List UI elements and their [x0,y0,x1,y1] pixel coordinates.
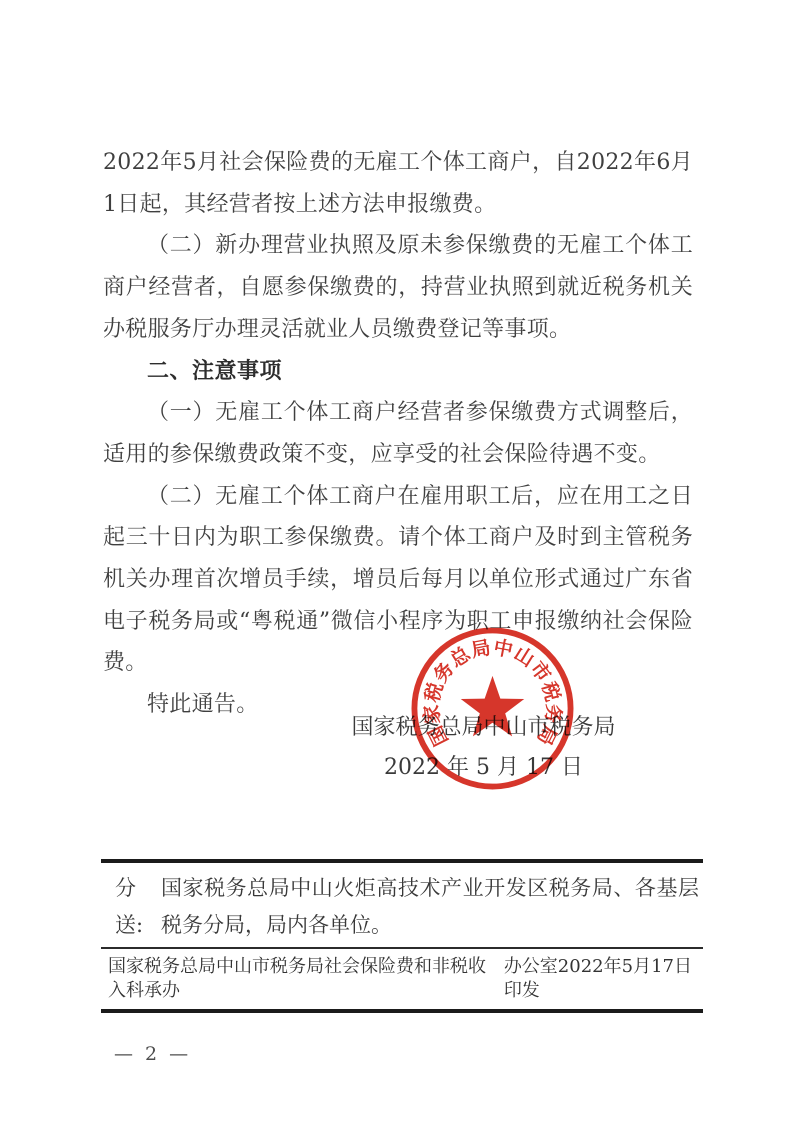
body-paragraph: 2022年5月社会保险费的无雇工个体工商户，自2022年6月1日起，其经营者按上… [103,142,693,225]
imprint-row: 国家税务总局中山市税务局社会保险费和非税收入科承办 办公室2022年5月17日印… [101,949,703,1009]
distribution-row: 分送: 国家税务总局中山火炬高技术产业开发区税务局、各基层税务分局，局内各单位。 [101,863,703,949]
document-footer-block: 分送: 国家税务总局中山火炬高技术产业开发区税务局、各基层税务分局，局内各单位。… [101,859,703,1013]
distribution-text: 国家税务总局中山火炬高技术产业开发区税务局、各基层税务分局，局内各单位。 [161,870,699,944]
body-paragraph: （二）新办理营业执照及原未参保缴费的无雇工个体工商户经营者，自愿参保缴费的，持营… [103,225,693,350]
signature-block: 国家税务总局中山市税务局 2022 年 5 月 17 日 [336,708,631,788]
section-heading: 二、注意事项 [103,351,693,393]
imprint-date: 办公室2022年5月17日印发 [504,955,701,1003]
document-page: 2022年5月社会保险费的无雇工个体工商户，自2022年6月1日起，其经营者按上… [0,0,793,1122]
distribution-label: 分送: [115,870,161,944]
document-body: 2022年5月社会保险费的无雇工个体工商户，自2022年6月1日起，其经营者按上… [103,142,693,726]
imprint-office: 国家税务总局中山市税务局社会保险费和非税收入科承办 [108,955,504,1003]
body-paragraph: （一）无雇工个体工商户经营者参保缴费方式调整后，适用的参保缴费政策不变，应享受的… [103,392,693,475]
page-number: — 2 — [114,1043,191,1065]
signing-date: 2022 年 5 月 17 日 [336,748,631,788]
signing-agency: 国家税务总局中山市税务局 [336,708,631,748]
body-paragraph: （二）无雇工个体工商户在雇用职工后，应在用工之日起三十日内为职工参保缴费。请个体… [103,476,693,685]
